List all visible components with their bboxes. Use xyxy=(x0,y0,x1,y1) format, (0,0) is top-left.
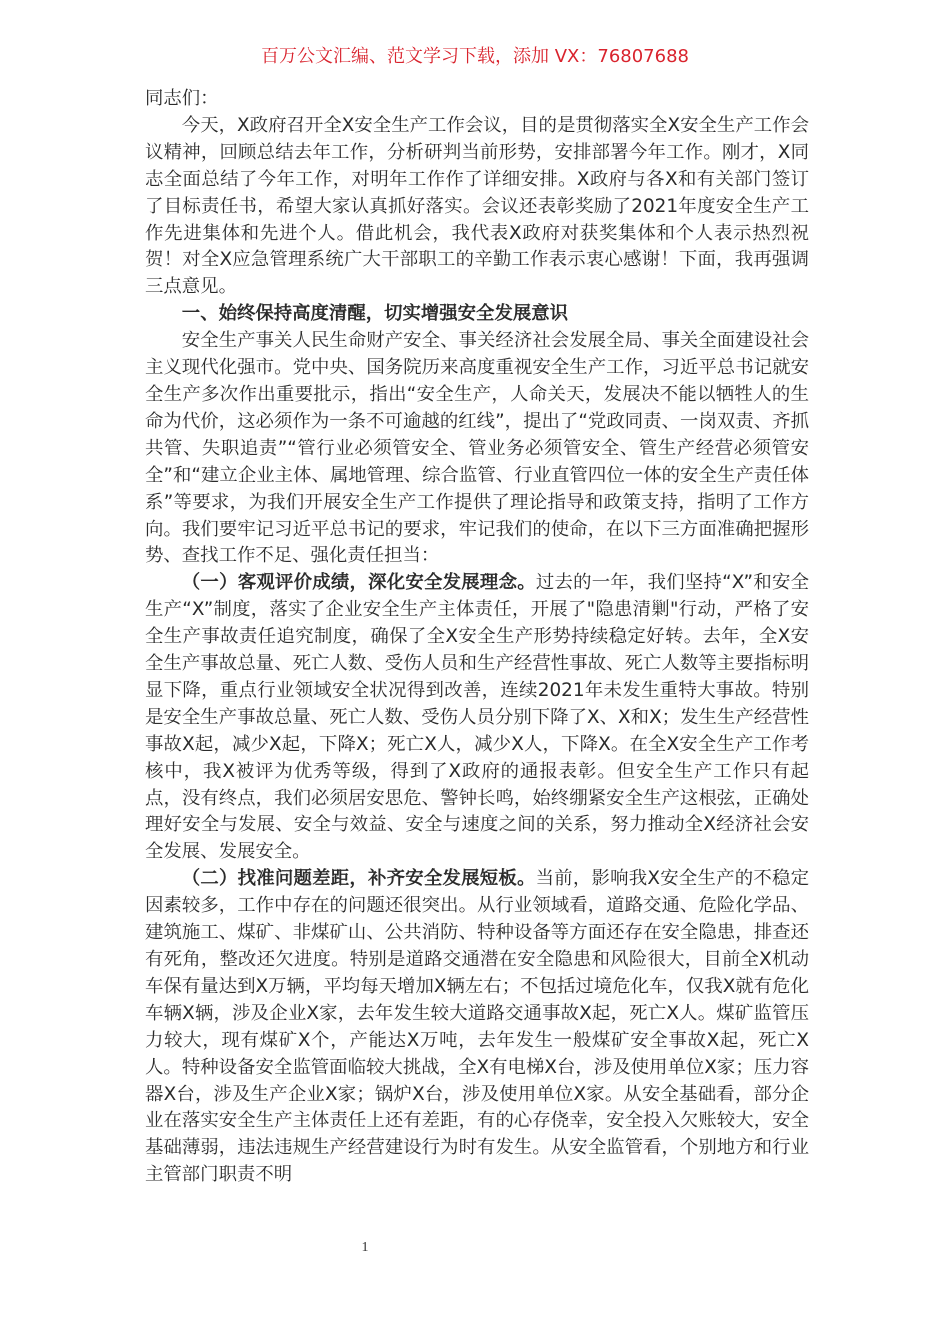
subsection-1: （一）客观评价成绩，深化安全发展理念。过去的一年，我们坚持“X”和安全生产“X”… xyxy=(145,570,809,866)
subsection-2: （二）找准问题差距，补齐安全发展短板。当前，影响我X安全生产的不稳定因素较多，工… xyxy=(145,866,809,1189)
page-number: 1 xyxy=(0,1240,730,1256)
watermark-banner: 百万公文汇编、范文学习下载，添加 VX：76807688 xyxy=(0,44,950,70)
subsection-1-heading: （一）客观评价成绩，深化安全发展理念。 xyxy=(182,572,536,593)
subsection-2-text: 当前，影响我X安全生产的不稳定因素较多，工作中存在的问题还很突出。从行业领域看，… xyxy=(145,868,809,1185)
subsection-1-text: 过去的一年，我们坚持“X”和安全生产“X”制度，落实了企业安全生产主体责任，开展… xyxy=(145,572,809,862)
section-heading-1: 一、始终保持高度清醒，切实增强安全发展意识 xyxy=(145,301,809,328)
section1-paragraph: 安全生产事关人民生命财产安全、事关经济社会发展全局、事关全面建设社会主义现代化强… xyxy=(145,328,809,570)
greeting: 同志们： xyxy=(145,86,809,113)
document-body: 同志们： 今天，X政府召开全X安全生产工作会议，目的是贯彻落实全X安全生产工作会… xyxy=(145,86,809,1189)
subsection-2-heading: （二）找准问题差距，补齐安全发展短板。 xyxy=(182,868,536,889)
intro-paragraph: 今天，X政府召开全X安全生产工作会议，目的是贯彻落实全X安全生产工作会议精神，回… xyxy=(145,113,809,301)
